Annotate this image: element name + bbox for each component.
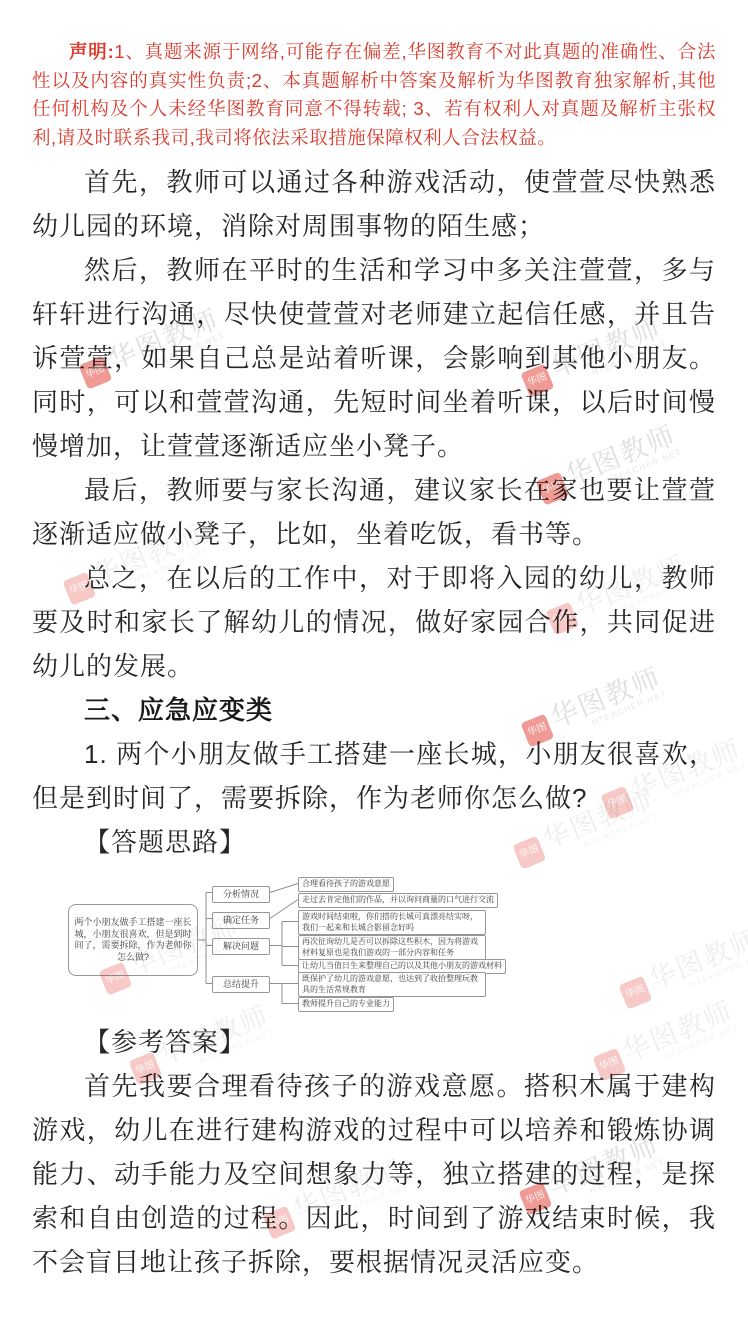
question-text: 1. 两个小朋友做手工搭建一座长城，小朋友很喜欢，但是到时间了，需要拆除，作为老…	[32, 732, 716, 820]
mindmap-branch-improve: 总结提升	[212, 976, 270, 993]
reference-answer-paragraph: 首先我要合理看待孩子的游戏意愿。搭积木属于建构游戏，幼儿在进行建构游戏的过程中可…	[32, 1064, 716, 1284]
answer-paragraph-first: 首先，教师可以通过各种游戏活动，使萱萱尽快熟悉幼儿园的环境，消除对周围事物的陌生…	[32, 160, 716, 248]
disclaimer: 声明:1、真题来源于网络,可能存在偏差,华图教育不对此真题的准确性、合法性以及内…	[32, 38, 716, 152]
answer-paragraph-last: 最后，教师要与家长沟通，建议家长在家也要让萱萱逐渐适应做小凳子，比如，坐着吃饭，…	[32, 468, 716, 556]
mindmap-leaf: 游戏时间结束啦，你们搭的长城可真漂亮结实呀，我们一起来和长城合影留念好吗	[298, 910, 486, 935]
answer-paragraph-then: 然后，教师在平时的生活和学习中多关注萱萱，多与轩轩进行沟通，尽快使萱萱对老师建立…	[32, 248, 716, 468]
mindmap-branch-task: 确定任务	[212, 912, 270, 929]
mindmap-root: 两个小朋友做手工搭建一座长城，小朋友很喜欢，但是到时间了，需要拆除，作为老师你怎…	[68, 904, 198, 976]
document-content: 声明:1、真题来源于网络,可能存在偏差,华图教育不对此真题的准确性、合法性以及内…	[0, 0, 748, 1284]
mindmap-leaf: 既保护了幼儿的游戏意愿，也达到了收拾整理玩教具的生活常规教育	[298, 972, 486, 997]
section-heading: 三、应急应变类	[32, 688, 716, 732]
answer-paragraph-summary: 总之，在以后的工作中，对于即将入园的幼儿，教师要及时和家长了解幼儿的情况，做好家…	[32, 556, 716, 688]
mindmap-leaf: 再次征询幼儿是否可以拆除这些积木，因为将游戏材料复原也是我们游戏的一部分内容和任…	[298, 935, 486, 960]
mindmap-leaf: 教师提升自己的专业能力	[298, 997, 394, 1012]
mindmap-leaf: 合理看待孩子的游戏意愿	[298, 877, 394, 892]
mindmap-leaf: 走过去肯定他们的作品，并以询问商量的口气进行交流	[298, 893, 498, 908]
reference-answer-label: 【参考答案】	[32, 1020, 716, 1064]
disclaimer-label: 声明:	[69, 41, 114, 62]
mindmap-branch-analyze: 分析情况	[212, 886, 270, 903]
answer-mindmap: 两个小朋友做手工搭建一座长城，小朋友很喜欢，但是到时间了，需要拆除，作为老师你怎…	[66, 866, 496, 1018]
thinking-label: 【答题思路】	[32, 820, 716, 864]
mindmap-branch-solve: 解决问题	[212, 938, 270, 955]
disclaimer-text: 1、真题来源于网络,可能存在偏差,华图教育不对此真题的准确性、合法性以及内容的真…	[32, 41, 716, 148]
document-page: 华图华图教师HTEACHER.NET 华图华图教师HTEACHER.NET 华图…	[0, 0, 748, 1335]
